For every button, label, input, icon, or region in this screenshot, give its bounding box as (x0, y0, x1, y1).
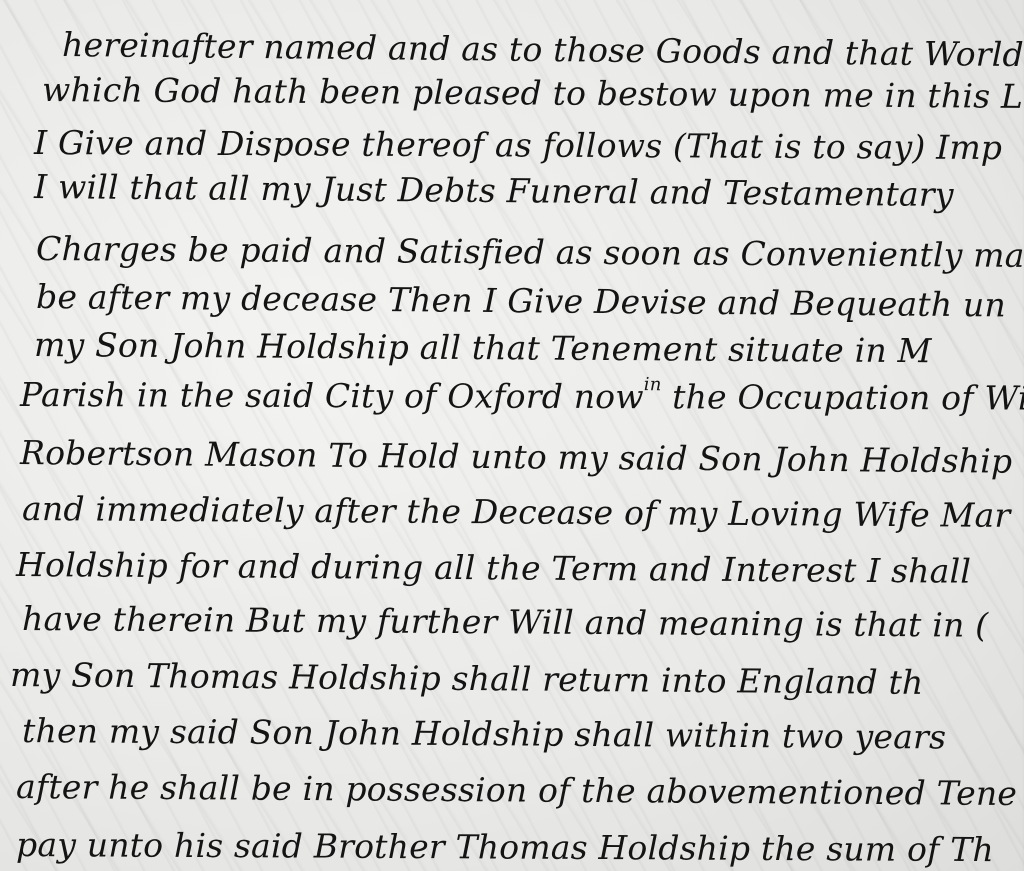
manuscript-page: hereinafter named and as to those Goods … (0, 0, 1024, 871)
manuscript-line-12: have therein But my further Will and mea… (22, 602, 988, 642)
line-8-before: Parish in the said City of Oxford now (20, 375, 644, 416)
line-8-after: the Occupation of Wil (661, 377, 1024, 417)
manuscript-line-8: Parish in the said City of Oxford nowin … (20, 378, 1024, 415)
manuscript-line-14: then my said Son John Holdship shall wit… (22, 714, 946, 753)
manuscript-line-7: my Son John Holdship all that Tenement s… (34, 328, 932, 367)
manuscript-line-16: pay unto his said Brother Thomas Holdshi… (16, 828, 994, 866)
manuscript-line-2: which God hath been pleased to bestow up… (42, 73, 1024, 113)
superscript-in: in (644, 374, 662, 395)
manuscript-line-11: Holdship for and during all the Term and… (16, 548, 971, 588)
manuscript-line-15: after he shall be in possession of the a… (16, 770, 1017, 810)
manuscript-line-9: Robertson Mason To Hold unto my said Son… (20, 436, 1012, 478)
manuscript-line-5: Charges be paid and Satisfied as soon as… (36, 232, 1024, 272)
manuscript-line-13: my Son Thomas Holdship shall return into… (10, 658, 924, 699)
manuscript-line-1: hereinafter named and as to those Goods … (62, 28, 1024, 71)
manuscript-line-10: and immediately after the Decease of my … (22, 492, 1011, 532)
manuscript-line-6: be after my decease Then I Give Devise a… (36, 280, 1006, 321)
manuscript-line-3: I Give and Dispose thereof as follows (T… (34, 126, 1002, 164)
manuscript-line-4: I will that all my Just Debts Funeral an… (34, 170, 954, 211)
